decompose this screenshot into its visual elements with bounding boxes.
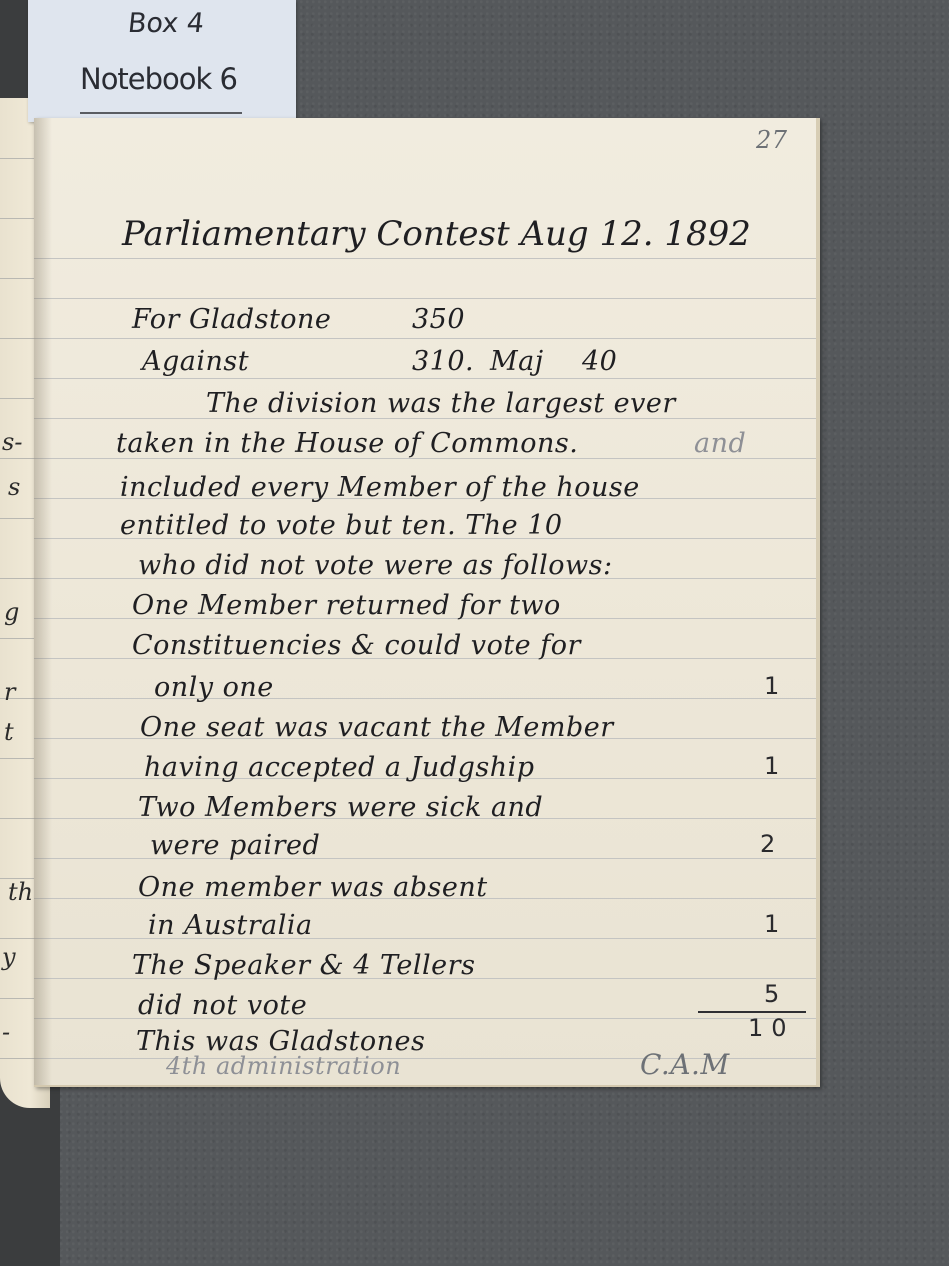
text-line: who did not vote were as follows:: [138, 550, 613, 581]
text-line: only one: [154, 672, 274, 703]
label-underline: [80, 112, 242, 114]
against-count: 310.: [412, 346, 474, 377]
inserted-word: and: [694, 428, 746, 459]
left-fragment: g: [4, 598, 19, 626]
against-label: Against: [142, 346, 249, 377]
text-line: Constituencies & could vote for: [132, 630, 581, 661]
tally-total: 10: [748, 1014, 795, 1042]
archive-label-card: Box 4 Notebook 6: [28, 0, 296, 122]
sum-line: [698, 1011, 806, 1013]
spine-shadow: [34, 118, 52, 1085]
page-number: 27: [756, 126, 788, 154]
left-fragment: -: [2, 1018, 10, 1046]
text-line: One seat was vacant the Member: [140, 712, 614, 743]
for-label: For Gladstone: [132, 304, 331, 335]
text-line: taken in the House of Commons.: [116, 428, 578, 459]
text-line: did not vote: [138, 990, 307, 1021]
text-line: having accepted a Judgship: [144, 752, 535, 783]
for-count: 350: [412, 304, 465, 335]
text-line: entitled to vote but ten. The 10: [120, 510, 563, 541]
box-label: Box 4: [126, 8, 205, 39]
text-line: The Speaker & 4 Tellers: [132, 950, 475, 981]
text-line: The division was the largest ever: [206, 388, 676, 419]
left-fragment: s: [8, 473, 20, 501]
left-fragment: s-: [2, 428, 22, 456]
text-line: were paired: [150, 830, 320, 861]
text-line: Two Members were sick and: [138, 792, 543, 823]
tally-count: 2: [760, 830, 775, 858]
left-fragment: y: [2, 943, 16, 971]
author-initials: C.A.M: [640, 1048, 730, 1081]
majority-count: 40: [582, 346, 617, 377]
left-fragment: r: [4, 678, 15, 706]
notebook-label: Notebook 6: [80, 62, 237, 96]
text-line: One member was absent: [138, 872, 488, 903]
text-line: 4th administration: [166, 1052, 401, 1080]
left-fragment: t: [4, 718, 14, 746]
tally-count: 1: [764, 910, 779, 938]
text-line: One Member returned for two: [132, 590, 561, 621]
page-title: Parliamentary Contest Aug 12. 1892: [122, 214, 751, 254]
majority-label: Maj: [490, 346, 544, 377]
tally-count: 5: [764, 980, 779, 1008]
notebook-page: 27 Parliamentary Contest Aug 12. 1892 Fo…: [34, 118, 820, 1087]
text-line: in Australia: [148, 910, 313, 941]
text-line: included every Member of the house: [120, 472, 640, 503]
tally-count: 1: [764, 752, 779, 780]
tally-count: 1: [764, 672, 779, 700]
